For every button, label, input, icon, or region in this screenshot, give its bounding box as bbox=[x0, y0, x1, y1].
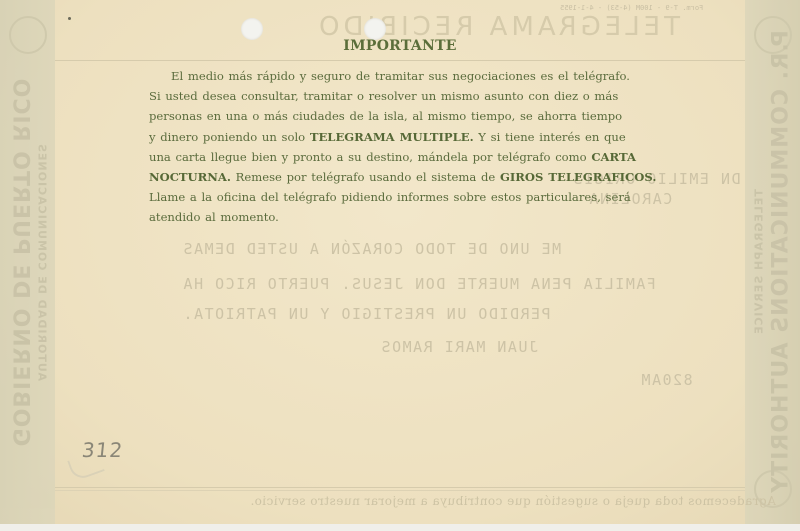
body-line: Si usted desea consultar, tramitar o res… bbox=[149, 86, 649, 106]
top-divider bbox=[55, 60, 745, 61]
body-line: NOCTURNA. Remese por telégrafo usando el… bbox=[149, 167, 649, 187]
body-text-segment: y dinero poniendo un solo bbox=[149, 130, 310, 144]
body-line: El medio más rápido y seguro de tramitar… bbox=[149, 66, 649, 86]
emphasized-term: TELEGRAMA MULTIPLE. bbox=[310, 130, 474, 144]
punch-hole bbox=[364, 18, 386, 40]
emphasized-term: GIROS TELEGRAFICOS. bbox=[500, 170, 656, 184]
document-title: IMPORTANTE bbox=[0, 38, 800, 54]
right-side-band: P.R. COMMUNICATIONS AUTHORITY TELEGRAPH … bbox=[745, 0, 800, 524]
show-through-typed-line: ME UNO DE TODO CORAZÓN A USTED DEMAS bbox=[182, 240, 561, 258]
important-notice-body: El medio más rápido y seguro de tramitar… bbox=[149, 66, 649, 228]
show-through-footer: Agradecemos toda queja o sugestión que c… bbox=[250, 494, 776, 508]
body-line: personas en una o más ciudades de la isl… bbox=[149, 106, 649, 126]
bottom-divider bbox=[55, 490, 745, 491]
faint-pencil-mark bbox=[67, 450, 105, 482]
scan-margin bbox=[0, 524, 800, 531]
body-text-segment: El medio más rápido y seguro de tramitar… bbox=[171, 69, 630, 83]
body-text-segment: personas en una o más ciudades de la isl… bbox=[149, 109, 622, 123]
body-text-segment: atendido al momento. bbox=[149, 210, 279, 224]
body-text-segment: una carta llegue bien y pronto a su dest… bbox=[149, 150, 591, 164]
emphasized-term: NOCTURNA. bbox=[149, 170, 231, 184]
ink-speck bbox=[68, 17, 71, 20]
body-line: y dinero poniendo un solo TELEGRAMA MULT… bbox=[149, 127, 649, 147]
left-band-subtitle: AUTORIDAD DE COMUNICACIONES bbox=[35, 143, 48, 381]
show-through-typed-line: 820AM bbox=[640, 371, 693, 389]
right-band-subtitle: TELEGRAPH SERVICE bbox=[752, 189, 765, 335]
left-side-band: GOBIERNO DE PUERTO RICO AUTORIDAD DE COM… bbox=[0, 0, 55, 524]
body-line: Llame a la oficina del telégrafo pidiend… bbox=[149, 187, 649, 207]
telegram-form-page: GOBIERNO DE PUERTO RICO AUTORIDAD DE COM… bbox=[0, 0, 800, 524]
bottom-divider bbox=[55, 487, 745, 488]
body-line: atendido al momento. bbox=[149, 207, 649, 227]
body-text-segment: Si usted desea consultar, tramitar o res… bbox=[149, 89, 618, 103]
body-text-segment: Llame a la oficina del telégrafo pidiend… bbox=[149, 190, 631, 204]
body-line: una carta llegue bien y pronto a su dest… bbox=[149, 147, 649, 167]
show-through-typed-line: FAMILIA PENA MUERTE DON JESUS. PUERTO RI… bbox=[182, 275, 656, 293]
emphasized-term: CARTA bbox=[591, 150, 636, 164]
left-band-title: GOBIERNO DE PUERTO RICO bbox=[7, 78, 32, 447]
body-text-segment: Remese por telégrafo usando el sistema d… bbox=[231, 170, 500, 184]
body-text-segment: Y si tiene interés en que bbox=[474, 130, 626, 144]
punch-hole bbox=[241, 18, 263, 40]
show-through-form-number: Form. T-9 - 100M (4-53) - 4-1-1955 bbox=[560, 4, 703, 12]
show-through-typed-line: PERDIDO UN PRESTIGIO Y UN PATRIOTA. bbox=[182, 305, 551, 323]
show-through-typed-line: JUAN MARI RAMOS bbox=[380, 338, 538, 356]
right-band-title: P.R. COMMUNICATIONS AUTHORITY bbox=[768, 30, 793, 494]
